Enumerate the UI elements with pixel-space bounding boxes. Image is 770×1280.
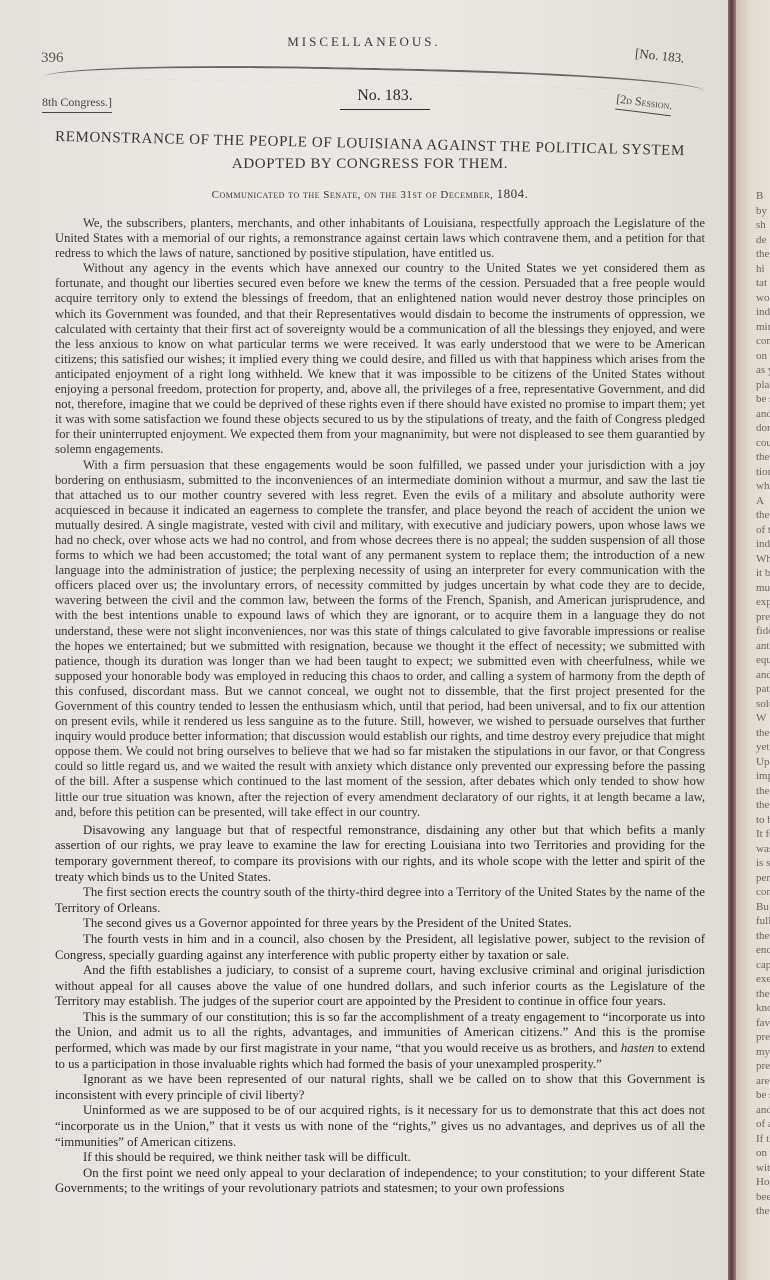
adjacent-page-fragment: whic bbox=[756, 480, 770, 493]
adjacent-page-fragment: was the bbox=[756, 843, 770, 856]
adjacent-page-fragment: antic bbox=[756, 640, 770, 653]
adjacent-page-fragment: capacity bbox=[756, 959, 770, 972]
body-text: We, the subscribers, planters, merchants… bbox=[55, 216, 705, 1197]
adjacent-page-fragment: the dat bbox=[756, 930, 770, 943]
adjacent-page-fragment: Whe bbox=[756, 553, 770, 566]
communication-note: Communicated to the Senate, on the 31st … bbox=[40, 186, 700, 202]
document-header: 8th Congress.] No. 183. [2d Session. bbox=[0, 85, 728, 125]
adjacent-page-fragment: W bbox=[756, 712, 766, 725]
document-number: No. 183. bbox=[340, 87, 430, 110]
adjacent-page-edge: Bbyshdethehitatwoindiminconon was yplaib… bbox=[736, 0, 770, 1280]
adjacent-page-fragment: tion bbox=[756, 466, 770, 479]
adjacent-page-fragment: and the bbox=[756, 1104, 770, 1117]
communication-text: Communicated to the Senate, on the 31st … bbox=[212, 189, 497, 201]
adjacent-page-fragment: How defe bbox=[756, 1176, 770, 1189]
adjacent-page-fragment: coun bbox=[756, 437, 770, 450]
adjacent-page-fragment: the peopl bbox=[756, 1205, 770, 1218]
adjacent-page-fragment: A bbox=[756, 495, 764, 508]
document-title: REMONSTRANCE OF THE PEOPLE OF LOUISIANA … bbox=[40, 134, 700, 174]
adjacent-page-fragment: tat bbox=[756, 277, 767, 290]
adjacent-page-fragment: to becom bbox=[756, 814, 770, 827]
adjacent-page-fragment: indi bbox=[756, 306, 770, 319]
adjacent-page-fragment: con bbox=[756, 335, 770, 348]
adjacent-page-fragment: as y bbox=[756, 364, 770, 377]
adjacent-page-fragment: knowled bbox=[756, 1002, 770, 1015]
adjacent-page-fragment: yet ar bbox=[756, 741, 770, 754]
adjacent-page-fragment: compa bbox=[756, 886, 770, 899]
paragraph: Without any agency in the events which h… bbox=[55, 261, 705, 457]
paragraph: The fourth vests in him and in a council… bbox=[55, 932, 705, 963]
adjacent-page-fragment: hi bbox=[756, 263, 765, 276]
adjacent-page-fragment: is soon bbox=[756, 857, 770, 870]
adjacent-page-fragment: the bo bbox=[756, 785, 770, 798]
communication-year: 1804. bbox=[497, 186, 529, 201]
adjacent-page-fragment: their bbox=[756, 451, 770, 464]
adjacent-page-fragment: solutio bbox=[756, 698, 770, 711]
title-line-2: ADOPTED BY CONGRESS FOR THEM. bbox=[232, 156, 508, 172]
adjacent-page-fragment: mycoun bbox=[756, 1046, 770, 1059]
adjacent-page-fragment: de bbox=[756, 234, 766, 247]
adjacent-page-fragment: pres bbox=[756, 611, 770, 624]
adjacent-page-fragment: ence of bbox=[756, 944, 770, 957]
section-title: MISCELLANEOUS. bbox=[0, 34, 728, 50]
emphasis: hasten bbox=[621, 1041, 654, 1055]
adjacent-page-fragment: and a bbox=[756, 669, 770, 682]
adjacent-page-fragment: preferre bbox=[756, 1031, 770, 1044]
paragraph: We, the subscribers, planters, merchants… bbox=[55, 216, 705, 261]
adjacent-page-fragment: B bbox=[756, 190, 763, 203]
body-text-lower: Disavowing any language but that of resp… bbox=[55, 823, 705, 1197]
adjacent-page-fragment: improp bbox=[756, 770, 770, 783]
page-number: 396 bbox=[41, 50, 64, 67]
adjacent-page-fragment: equal bbox=[756, 654, 770, 667]
adjacent-page-fragment: exercise bbox=[756, 973, 770, 986]
adjacent-page-fragment: by bbox=[756, 205, 767, 218]
adjacent-page-fragment: the best bbox=[756, 988, 770, 1001]
session-label: [2d Session. bbox=[615, 92, 673, 117]
paragraph-text: This is the summary of our constitution;… bbox=[55, 1010, 705, 1055]
adjacent-page-fragment: fully in bbox=[756, 915, 770, 928]
adjacent-page-fragment: expe bbox=[756, 596, 770, 609]
adjacent-page-fragment: it be bbox=[756, 567, 770, 580]
adjacent-page-fragment: be select bbox=[756, 1089, 770, 1102]
paragraph: This is the summary of our constitution;… bbox=[55, 1010, 705, 1072]
adjacent-page-fragment: are acqu bbox=[756, 1075, 770, 1088]
congress-label: 8th Congress.] bbox=[42, 95, 112, 113]
adjacent-page-fragment: the bbox=[756, 248, 769, 261]
adjacent-page-fragment: min bbox=[756, 321, 770, 334]
paragraph: And the fifth establishes a judiciary, t… bbox=[55, 963, 705, 1010]
adjacent-page-fragment: favor th bbox=[756, 1017, 770, 1030]
running-head: 396 MISCELLANEOUS. [No. 183. bbox=[0, 32, 728, 72]
adjacent-page-fragment: plai bbox=[756, 379, 770, 392]
adjacent-page-fragment: on whom bbox=[756, 1147, 770, 1160]
adjacent-page-fragment: don bbox=[756, 422, 770, 435]
adjacent-page-fragment: without a bbox=[756, 1162, 770, 1175]
adjacent-page-fragment: be s bbox=[756, 393, 770, 406]
paragraph: The first section erects the country sou… bbox=[55, 885, 705, 916]
adjacent-page-fragment: the U bbox=[756, 799, 770, 812]
paragraph: Uninformed as we are supposed to be of o… bbox=[55, 1103, 705, 1150]
adjacent-page-fragment: fidec bbox=[756, 625, 770, 638]
paragraph: If this should be required, we think nei… bbox=[55, 1150, 705, 1166]
adjacent-page-fragment: Upon bbox=[756, 756, 770, 769]
paragraph: The second gives us a Governor appointed… bbox=[55, 916, 705, 932]
adjacent-page-fragment: the A bbox=[756, 509, 770, 522]
paragraph: With a firm persuasion that these engage… bbox=[55, 458, 705, 820]
adjacent-page-fragment: of attach bbox=[756, 1118, 770, 1131]
adjacent-page-fragment: wo bbox=[756, 292, 769, 305]
adjacent-page-fragment: perform bbox=[756, 872, 770, 885]
adjacent-page-fragment: then a bbox=[756, 727, 770, 740]
book-gutter bbox=[728, 0, 736, 1280]
paragraph: Disavowing any language but that of resp… bbox=[55, 823, 705, 885]
adjacent-page-fragment: been too bbox=[756, 1191, 770, 1204]
adjacent-page-fragment: presump bbox=[756, 1060, 770, 1073]
paragraph: On the first point we need only appeal t… bbox=[55, 1166, 705, 1197]
adjacent-page-fragment: on w bbox=[756, 350, 770, 363]
adjacent-page-fragment: If thi bbox=[756, 1133, 770, 1146]
adjacent-page-fragment: sh bbox=[756, 219, 766, 232]
document-page: 396 MISCELLANEOUS. [No. 183. 8th Congres… bbox=[0, 0, 728, 1280]
paragraph: Ignorant as we have been represented of … bbox=[55, 1072, 705, 1103]
adjacent-page-fragment: It for bbox=[756, 828, 770, 841]
adjacent-page-fragment: patien bbox=[756, 683, 770, 696]
adjacent-page-fragment: of th bbox=[756, 524, 770, 537]
adjacent-page-fragment: Bu bbox=[756, 901, 769, 914]
adjacent-page-fragment: mun bbox=[756, 582, 770, 595]
adjacent-page-fragment: indep bbox=[756, 538, 770, 551]
adjacent-page-fragment: and bbox=[756, 408, 770, 421]
